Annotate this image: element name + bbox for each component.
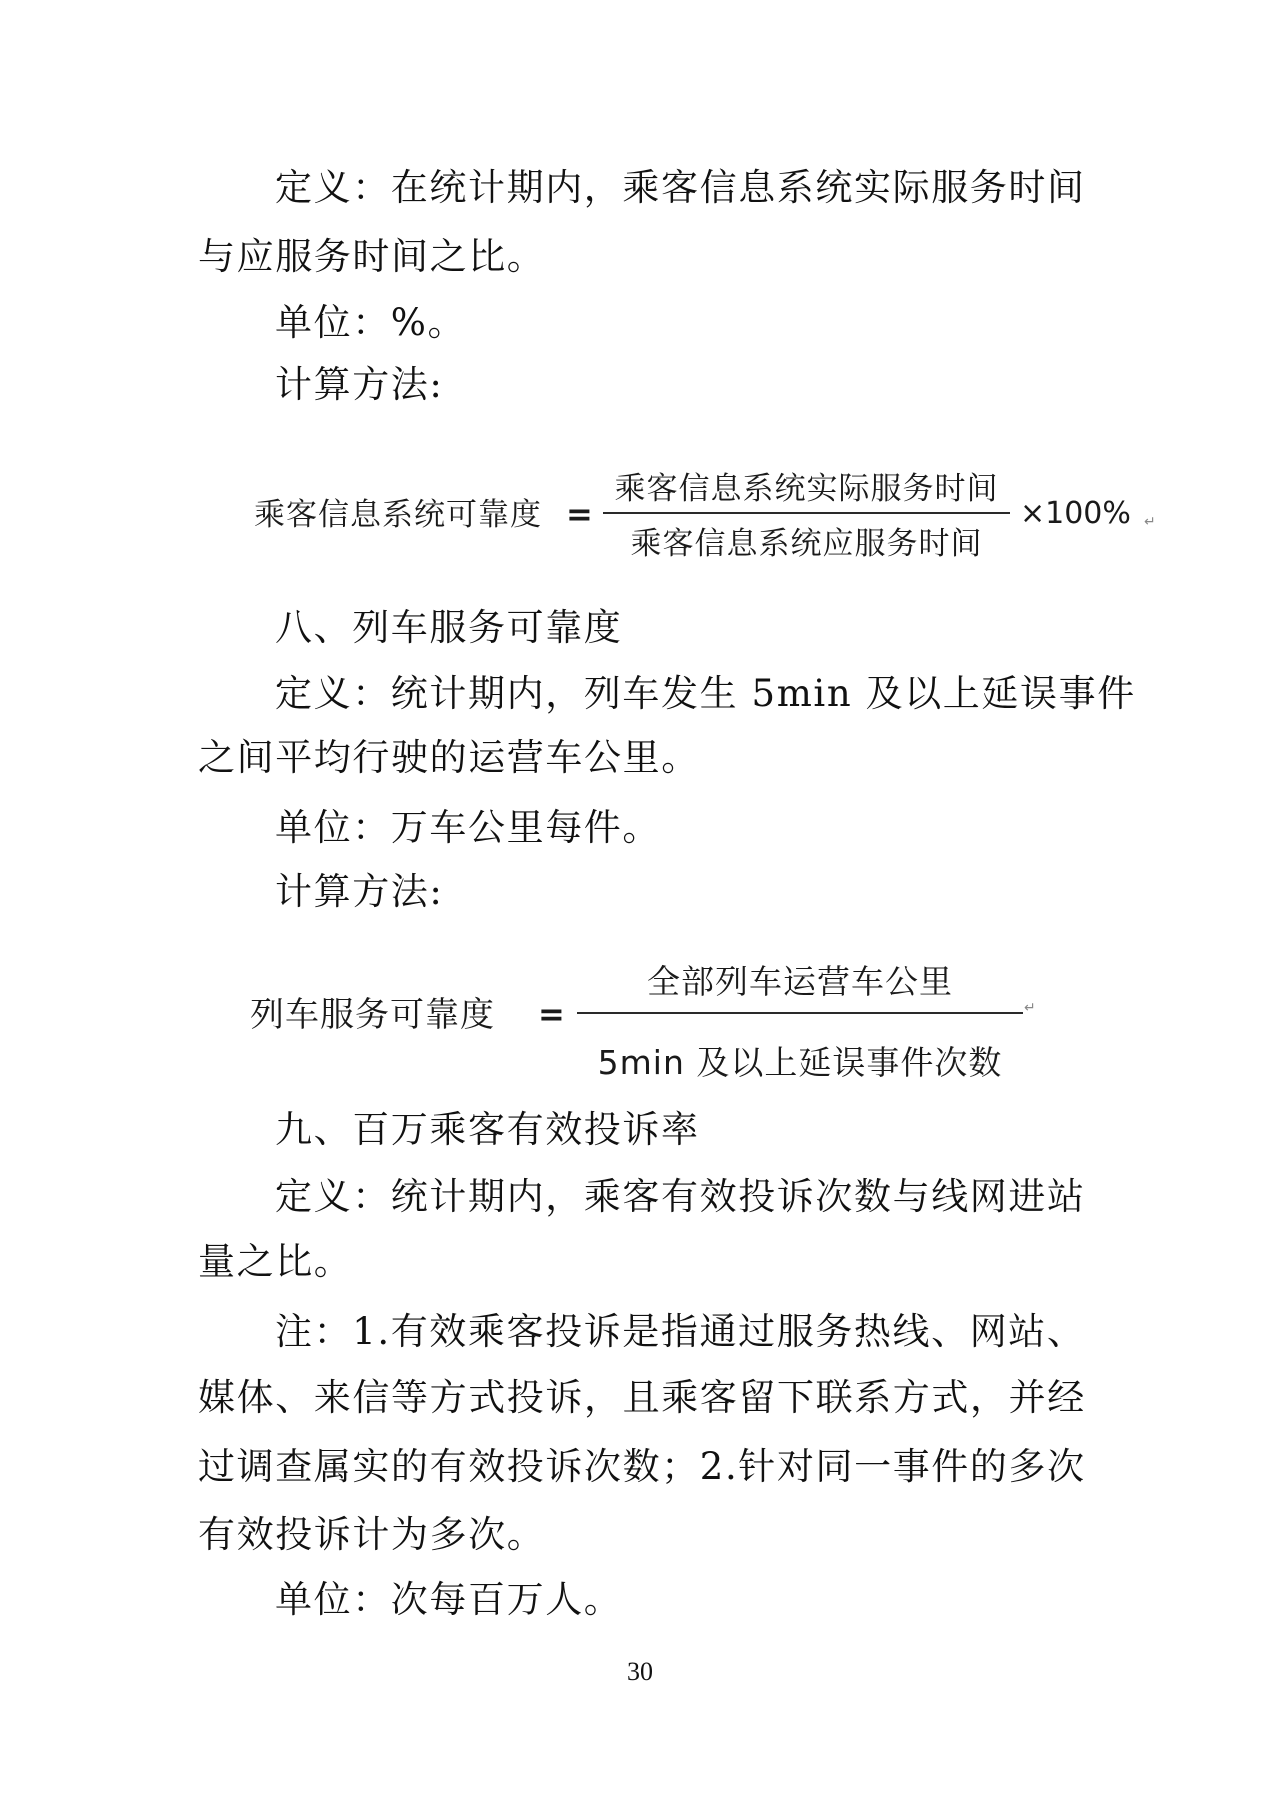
s7-method-label: 计算方法: (275, 363, 443, 407)
fraction-bar (603, 512, 1010, 514)
return-mark-icon: ↵ (1144, 512, 1156, 532)
s9-definition-line2: 量之比。 (198, 1240, 352, 1284)
s9-note-line1: 注：1.有效乘客投诉是指通过服务热线、网站、 (275, 1310, 1086, 1354)
formula-lhs: 乘客信息系统可靠度 (254, 495, 542, 535)
s8-definition-line1: 定义：统计期内，列车发生 5min 及以上延误事件 (275, 672, 1136, 716)
s9-note-line4: 有效投诉计为多次。 (198, 1513, 545, 1557)
s7-definition-line2: 与应服务时间之比。 (198, 235, 545, 279)
s9-definition-line1: 定义：统计期内，乘客有效投诉次数与线网进站 (275, 1175, 1086, 1219)
s9-note-line3: 过调查属实的有效投诉次数；2.针对同一事件的多次 (198, 1445, 1086, 1489)
formula-denominator: 乘客信息系统应服务时间 (603, 524, 1010, 564)
s9-heading: 九、百万乘客有效投诉率 (275, 1108, 700, 1152)
s7-unit: 单位：%。 (275, 301, 466, 345)
formula-numerator: 乘客信息系统实际服务时间 (603, 469, 1010, 509)
s8-definition-line2: 之间平均行驶的运营车公里。 (198, 736, 700, 780)
fraction-bar (577, 1012, 1023, 1014)
formula-equals: = (538, 994, 565, 1034)
s9-note-line2: 媒体、来信等方式投诉，且乘客留下联系方式，并经 (198, 1376, 1086, 1420)
s7-definition-line1: 定义：在统计期内，乘客信息系统实际服务时间 (275, 166, 1086, 210)
formula-denominator: 5min 及以上延误事件次数 (577, 1043, 1023, 1083)
s8-method-label: 计算方法: (275, 870, 443, 914)
s9-unit: 单位：次每百万人。 (275, 1578, 622, 1622)
s8-unit: 单位：万车公里每件。 (275, 806, 661, 850)
formula-multiplier: ×100% (1020, 494, 1131, 534)
page-number: 30 (0, 1655, 1280, 1689)
formula-lhs: 列车服务可靠度 (250, 995, 495, 1035)
formula-equals: = (566, 494, 593, 534)
formula-numerator: 全部列车运营车公里 (577, 962, 1023, 1002)
s8-heading: 八、列车服务可靠度 (275, 606, 622, 650)
return-mark-icon: ↵ (1024, 998, 1036, 1018)
